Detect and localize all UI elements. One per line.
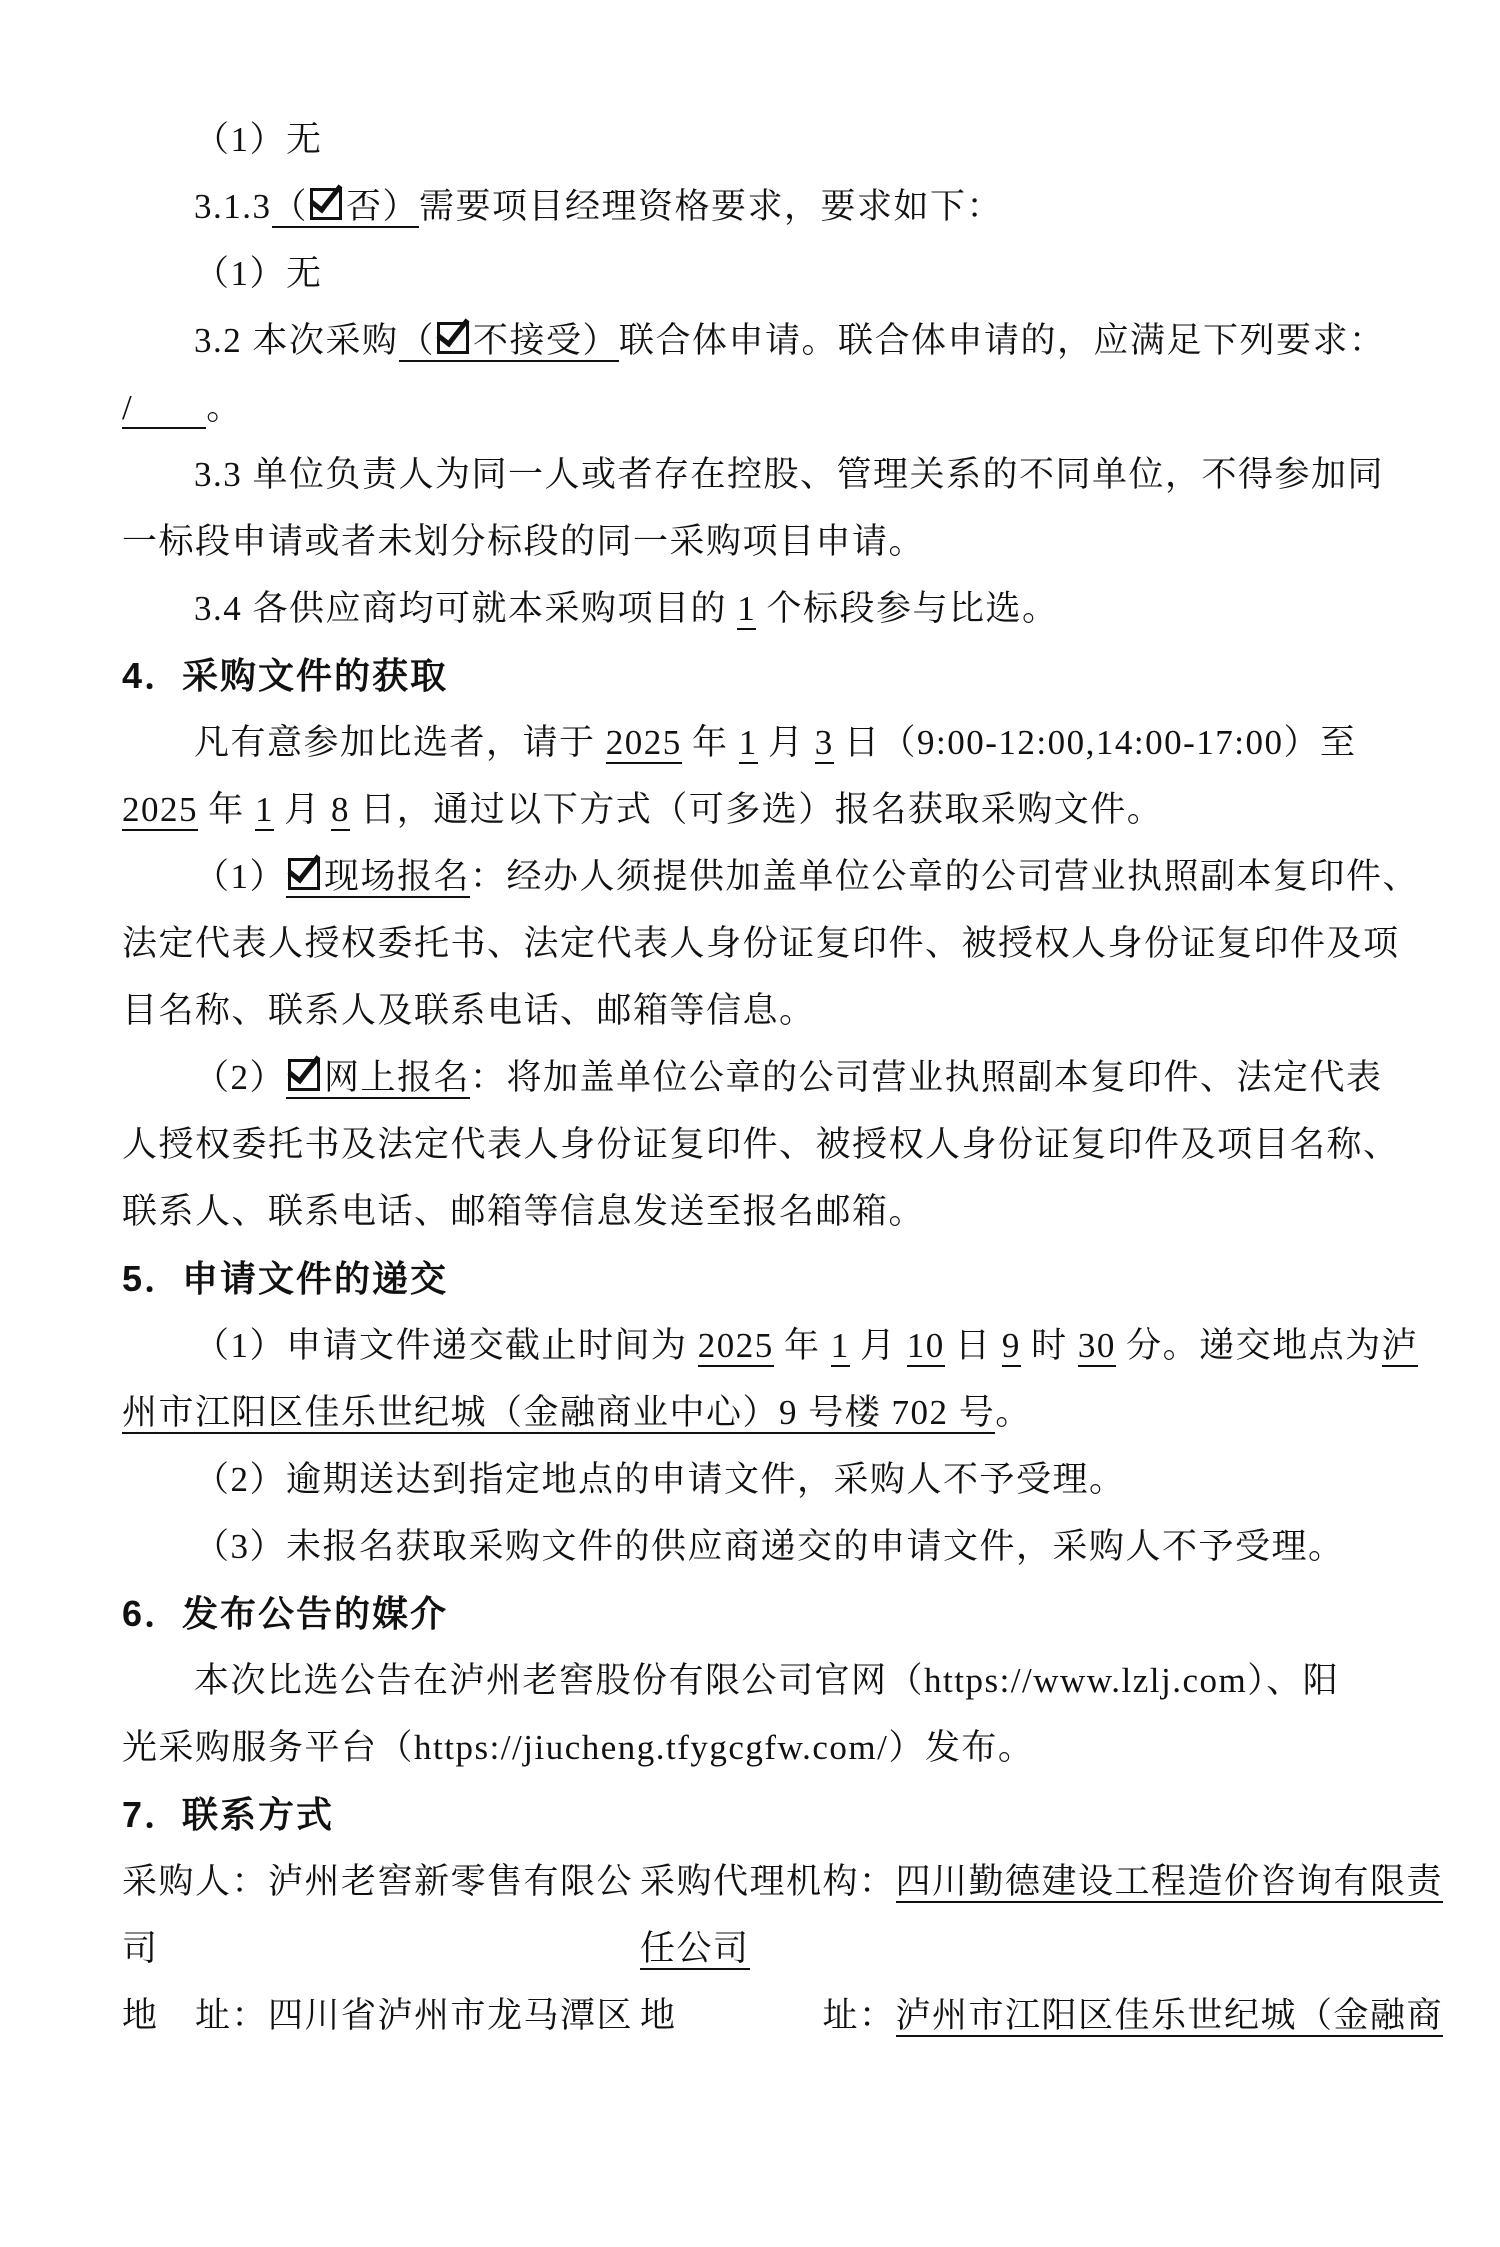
- text-run: 月: [274, 790, 331, 829]
- section-4-line-2: 2025 年 1 月 8 日，通过以下方式（可多选）报名获取采购文件。: [122, 776, 1420, 843]
- text-run: 人授权委托书及法定代表人身份证复印件、被授权人身份证复印件及项目名称、: [122, 1125, 1400, 1164]
- text-run: 州市江阳区佳乐世纪城（金融商业中心）9 号楼 702 号: [122, 1393, 995, 1434]
- text-run: 3: [815, 723, 834, 764]
- section-5-heading: 5．申请文件的递交: [122, 1245, 1420, 1312]
- section-4-item-2-line-2: 人授权委托书及法定代表人身份证复印件、被授权人身份证复印件及项目名称、: [122, 1111, 1420, 1178]
- text-run: 日: [945, 1326, 1002, 1365]
- text-run: （1）无: [194, 120, 323, 159]
- text-run: 年: [198, 790, 255, 829]
- text-run: 采购代理机构：: [640, 1862, 896, 1901]
- section-4-heading: 4．采购文件的获取: [122, 642, 1420, 709]
- text-run: 地 址：: [640, 1996, 896, 2035]
- text-run: 7．联系方式: [122, 1794, 334, 1835]
- text-run: 4．采购文件的获取: [122, 655, 448, 696]
- text-run: 本次比选公告在泸州老窖股份有限公司官网（https://www.lzlj.com…: [194, 1661, 1339, 1700]
- text-run: 个标段参与比选。: [756, 589, 1058, 628]
- text-run: 9: [1002, 1326, 1021, 1367]
- text-run: 法定代表人授权委托书、法定代表人身份证复印件、被授权人身份证复印件及项: [122, 924, 1400, 963]
- text-run: 光采购服务平台（https://jiucheng.tfygcgfw.com/）发…: [122, 1728, 1034, 1767]
- text-run: ：将加盖单位公章的公司营业执照副本复印件、法定代表: [470, 1058, 1383, 1097]
- text-run: 需要项目经理资格要求，要求如下：: [419, 187, 1003, 226]
- text-run: 网上报名: [324, 1058, 470, 1099]
- text-run: （: [272, 187, 309, 228]
- text-run: （2）逾期送达到指定地点的申请文件，采购人不予受理。: [194, 1460, 1126, 1499]
- clause-3-2-blank: / 。: [122, 374, 1420, 441]
- text-run: 联合体申请。联合体申请的，应满足下列要求：: [619, 321, 1386, 360]
- text-run: 3.3 单位负责人为同一人或者存在控股、管理关系的不同单位，不得参加同: [194, 455, 1384, 494]
- section-6-line-1: 本次比选公告在泸州老窖股份有限公司官网（https://www.lzlj.com…: [122, 1647, 1420, 1714]
- text-run: 月: [758, 723, 815, 762]
- checked-checkbox-icon: [288, 858, 320, 890]
- text-run: 2025: [122, 790, 198, 831]
- text-run: 1: [831, 1326, 850, 1367]
- checkbox-run: [435, 321, 473, 362]
- contact-row-3-left: 地 址：四川省泸州市龙马潭区: [122, 1982, 640, 2049]
- checked-checkbox-icon: [288, 1059, 320, 1091]
- section-5-item-3: （3）未报名获取采购文件的供应商递交的申请文件，采购人不予受理。: [122, 1513, 1420, 1580]
- text-run: 目名称、联系人及联系电话、邮箱等信息。: [122, 991, 816, 1030]
- text-run: 现场报名: [324, 857, 470, 898]
- text-run: 10: [907, 1326, 945, 1367]
- text-run: 1: [255, 790, 274, 831]
- checkbox-run: [286, 1058, 324, 1099]
- text-run: 凡有意参加比选者，请于: [194, 723, 606, 762]
- text-run: 日，通过以下方式（可多选）报名获取采购文件。: [350, 790, 1163, 829]
- text-run: （1）无: [194, 254, 323, 293]
- text-run: （1）: [194, 857, 286, 896]
- text-run: （2）: [194, 1058, 286, 1097]
- section-4-item-2-line-3: 联系人、联系电话、邮箱等信息发送至报名邮箱。: [122, 1178, 1420, 1245]
- text-run: 。: [995, 1393, 1032, 1432]
- contact-row-2: 司任公司: [122, 1915, 1420, 1982]
- contact-row-3: 地 址：四川省泸州市龙马潭区地 址：泸州市江阳区佳乐世纪城（金融商: [122, 1982, 1420, 2049]
- document-body: （1）无3.1.3（否）需要项目经理资格要求，要求如下：（1）无3.2 本次采购…: [122, 106, 1420, 2049]
- text-run: 2025: [606, 723, 682, 764]
- text-run: 3.4 各供应商均可就本采购项目的: [194, 589, 737, 628]
- text-run: 否）: [346, 187, 419, 228]
- text-run: 。: [206, 388, 243, 427]
- text-run: 采购人：泸州老窖新零售有限公: [122, 1862, 633, 1901]
- text-run: 任公司: [640, 1929, 750, 1970]
- text-run: 3.2 本次采购: [194, 321, 399, 360]
- text-run: （1）申请文件递交截止时间为: [194, 1326, 698, 1365]
- clause-3-3-line-1: 3.3 单位负责人为同一人或者存在控股、管理关系的不同单位，不得参加同: [122, 441, 1420, 508]
- text-run: 时: [1021, 1326, 1078, 1365]
- text-run: （: [399, 321, 436, 362]
- text-run: 月: [850, 1326, 907, 1365]
- contact-row-1-left: 采购人：泸州老窖新零售有限公: [122, 1848, 640, 1915]
- checked-checkbox-icon: [310, 188, 342, 220]
- contact-row-2-right: 任公司: [640, 1915, 1420, 1982]
- text-run: 年: [774, 1326, 831, 1365]
- section-7-heading: 7．联系方式: [122, 1781, 1420, 1848]
- clause-3-1-3-item-1: （1）无: [122, 240, 1420, 307]
- document-page: （1）无3.1.3（否）需要项目经理资格要求，要求如下：（1）无3.2 本次采购…: [0, 0, 1500, 2247]
- text-run: 1: [739, 723, 758, 764]
- clause-3-1-2-item-1: （1）无: [122, 106, 1420, 173]
- text-run: 泸州市江阳区佳乐世纪城（金融商: [896, 1996, 1444, 2037]
- text-run: 年: [682, 723, 739, 762]
- text-run: 泸: [1382, 1326, 1419, 1367]
- contact-row-3-right: 地 址：泸州市江阳区佳乐世纪城（金融商: [640, 1982, 1443, 2049]
- contact-row-1: 采购人：泸州老窖新零售有限公采购代理机构：四川勤德建设工程造价咨询有限责: [122, 1848, 1420, 1915]
- text-run: 30: [1078, 1326, 1116, 1367]
- text-run: 分。递交地点为: [1116, 1326, 1382, 1365]
- text-run: /: [122, 388, 206, 429]
- text-run: ：经办人须提供加盖单位公章的公司营业执照副本复印件、: [470, 857, 1419, 896]
- section-4-item-1-line-2: 法定代表人授权委托书、法定代表人身份证复印件、被授权人身份证复印件及项: [122, 910, 1420, 977]
- section-4-item-2-line-1: （2）网上报名：将加盖单位公章的公司营业执照副本复印件、法定代表: [122, 1044, 1420, 1111]
- clause-3-3-line-2: 一标段申请或者未划分标段的同一采购项目申请。: [122, 508, 1420, 575]
- checkbox-run: [286, 857, 324, 898]
- contact-row-1-right: 采购代理机构：四川勤德建设工程造价咨询有限责: [640, 1848, 1443, 1915]
- section-4-line-1: 凡有意参加比选者，请于 2025 年 1 月 3 日（9:00-12:00,14…: [122, 709, 1420, 776]
- section-5-item-1-line-2: 州市江阳区佳乐世纪城（金融商业中心）9 号楼 702 号。: [122, 1379, 1420, 1446]
- text-run: 2025: [698, 1326, 774, 1367]
- text-run: 5．申请文件的递交: [122, 1258, 448, 1299]
- checkbox-run: [308, 187, 346, 228]
- clause-3-4: 3.4 各供应商均可就本采购项目的 1 个标段参与比选。: [122, 575, 1420, 642]
- clause-3-1-3: 3.1.3（否）需要项目经理资格要求，要求如下：: [122, 173, 1420, 240]
- text-run: 1: [737, 589, 756, 630]
- text-run: 不接受）: [473, 321, 619, 362]
- section-5-item-2: （2）逾期送达到指定地点的申请文件，采购人不予受理。: [122, 1446, 1420, 1513]
- text-run: 8: [331, 790, 350, 831]
- text-run: 四川勤德建设工程造价咨询有限责: [896, 1862, 1444, 1903]
- section-4-item-1-line-3: 目名称、联系人及联系电话、邮箱等信息。: [122, 977, 1420, 1044]
- contact-row-2-left: 司: [122, 1915, 640, 1982]
- text-run: 地 址：四川省泸州市龙马潭区: [122, 1996, 633, 2035]
- text-run: 3.1.3: [194, 187, 272, 226]
- text-run: 联系人、联系电话、邮箱等信息发送至报名邮箱。: [122, 1192, 925, 1231]
- text-run: 司: [122, 1929, 159, 1968]
- text-run: 日（9:00-12:00,14:00-17:00）至: [834, 723, 1357, 762]
- clause-3-2: 3.2 本次采购（不接受）联合体申请。联合体申请的，应满足下列要求：: [122, 307, 1420, 374]
- text-run: 一标段申请或者未划分标段的同一采购项目申请。: [122, 522, 925, 561]
- text-run: （3）未报名获取采购文件的供应商递交的申请文件，采购人不予受理。: [194, 1527, 1345, 1566]
- section-6-line-2: 光采购服务平台（https://jiucheng.tfygcgfw.com/）发…: [122, 1714, 1420, 1781]
- section-6-heading: 6．发布公告的媒介: [122, 1580, 1420, 1647]
- section-4-item-1-line-1: （1）现场报名：经办人须提供加盖单位公章的公司营业执照副本复印件、: [122, 843, 1420, 910]
- checked-checkbox-icon: [437, 322, 469, 354]
- text-run: 6．发布公告的媒介: [122, 1593, 448, 1634]
- section-5-item-1-line-1: （1）申请文件递交截止时间为 2025 年 1 月 10 日 9 时 30 分。…: [122, 1312, 1420, 1379]
